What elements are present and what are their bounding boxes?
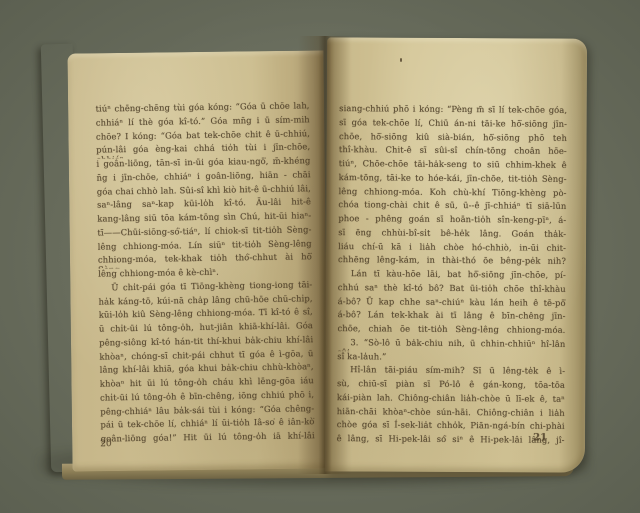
text-line: kám-tōng, tāi-ke to hóe-kái, jīn-chōe, t… [339, 172, 567, 188]
paper-speck [400, 58, 402, 62]
page-number-right: 21 [533, 432, 547, 443]
text-line: goân-liōng góa!” Hit ūi lú tông-o̍h iā k… [101, 430, 315, 447]
right-page-text: siang-chhiú phō i kóng: “Pèng m̄ sī lí t… [337, 103, 568, 449]
text-line: ê lâng, sī Hi-pek-lâi só͘ siⁿ ê Hi-pek-l… [337, 433, 565, 449]
text-line: chhú saⁿ thè kî-tó bô? Bat ūi-tio̍h chōe… [338, 282, 566, 298]
left-page-text: tiúⁿ chēng-chēng tùi góa kóng: “Góa ū ch… [95, 100, 314, 447]
text-line: sù, chiū-sī piàn sī Pó-lô ê gán-kong, tō… [337, 378, 565, 394]
text-line: chōe, chiah ōe tit-tio̍h Sèng-lêng chhio… [337, 323, 565, 339]
text-line: sī ēng chhùi-bî-si̍t bê-he̍k lâng. Goán … [338, 227, 566, 243]
text-line: Lán tī kàu-hōe lāi, bat hō͘-siōng jīn-ch… [338, 268, 566, 284]
text-line: sī góa tek-chōe lí, Chiū án-ni tāi-ke hō… [339, 117, 567, 133]
text-line: siang-chhiú phō i kóng: “Pèng m̄ sī lí t… [339, 103, 567, 119]
text-line: phoe - phêng goán sī hoān-tio̍h sîn-keng… [338, 213, 566, 229]
text-line: tiúⁿ, Chōe-chōe tāi-ha̍k-seng to siū chh… [339, 158, 567, 174]
page-number-left: 20 [100, 439, 112, 449]
right-page: siang-chhiú phō i kóng: “Pèng m̄ sī lí t… [325, 37, 587, 472]
text-line: kái-piàn lah. Chiông-chiân lia̍h-chòe ū … [337, 392, 565, 408]
left-page: tiúⁿ chēng-chēng tùi góa kóng: “Góa ū ch… [67, 50, 328, 471]
photo-background: tiúⁿ chēng-chēng tùi góa kóng: “Góa ū ch… [0, 0, 640, 513]
